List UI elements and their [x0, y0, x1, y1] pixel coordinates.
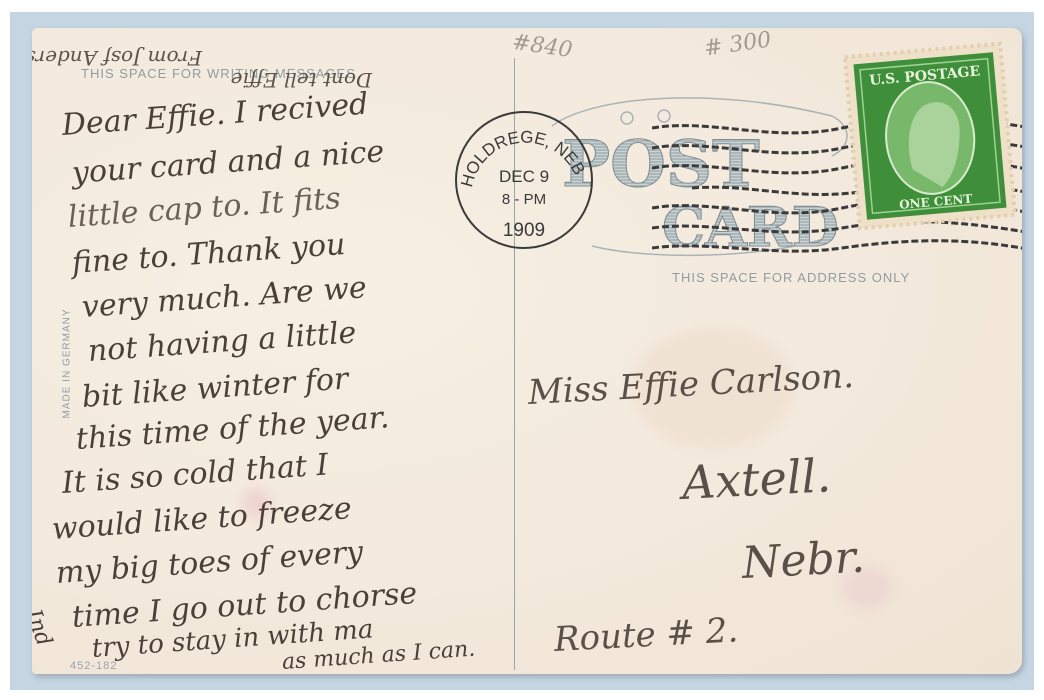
address-area-label: THIS SPACE FOR ADDRESS ONLY [672, 270, 910, 285]
message-line: Dear Effie. I recived [61, 87, 370, 143]
message-line: fine to. Thank you [71, 227, 347, 281]
pencil-note: # 300 [703, 28, 773, 62]
address-line-state: Nebr. [741, 532, 866, 589]
message-line: not having a little [87, 315, 358, 369]
upside-down-note: From Josf Andersen [32, 46, 202, 70]
svg-text:8 - PM: 8 - PM [502, 191, 546, 208]
message-line: It is so cold that I [61, 447, 330, 501]
postmark: HOLDREGE, NEB. DEC 9 8 - PM 1909 [452, 108, 596, 252]
message-line: little cap to. It fits [67, 181, 342, 235]
address-line-route: Route # 2. [553, 610, 739, 660]
postcard: THIS SPACE FOR WRITING MESSAGES THIS SPA… [32, 28, 1022, 674]
one-cent-franklin-stamp: U.S. POSTAGE ONE CENT [843, 41, 1018, 230]
made-in-germany-label: MADE IN GERMANY [62, 308, 73, 418]
address-line-town: Axtell. [681, 448, 833, 510]
svg-text:1909: 1909 [503, 220, 545, 241]
margin-signature: Ind [32, 606, 56, 649]
address-line-name: Miss Effie Carlson. [527, 356, 855, 413]
svg-text:DEC 9: DEC 9 [499, 167, 549, 186]
pencil-note: #840 [511, 30, 574, 63]
